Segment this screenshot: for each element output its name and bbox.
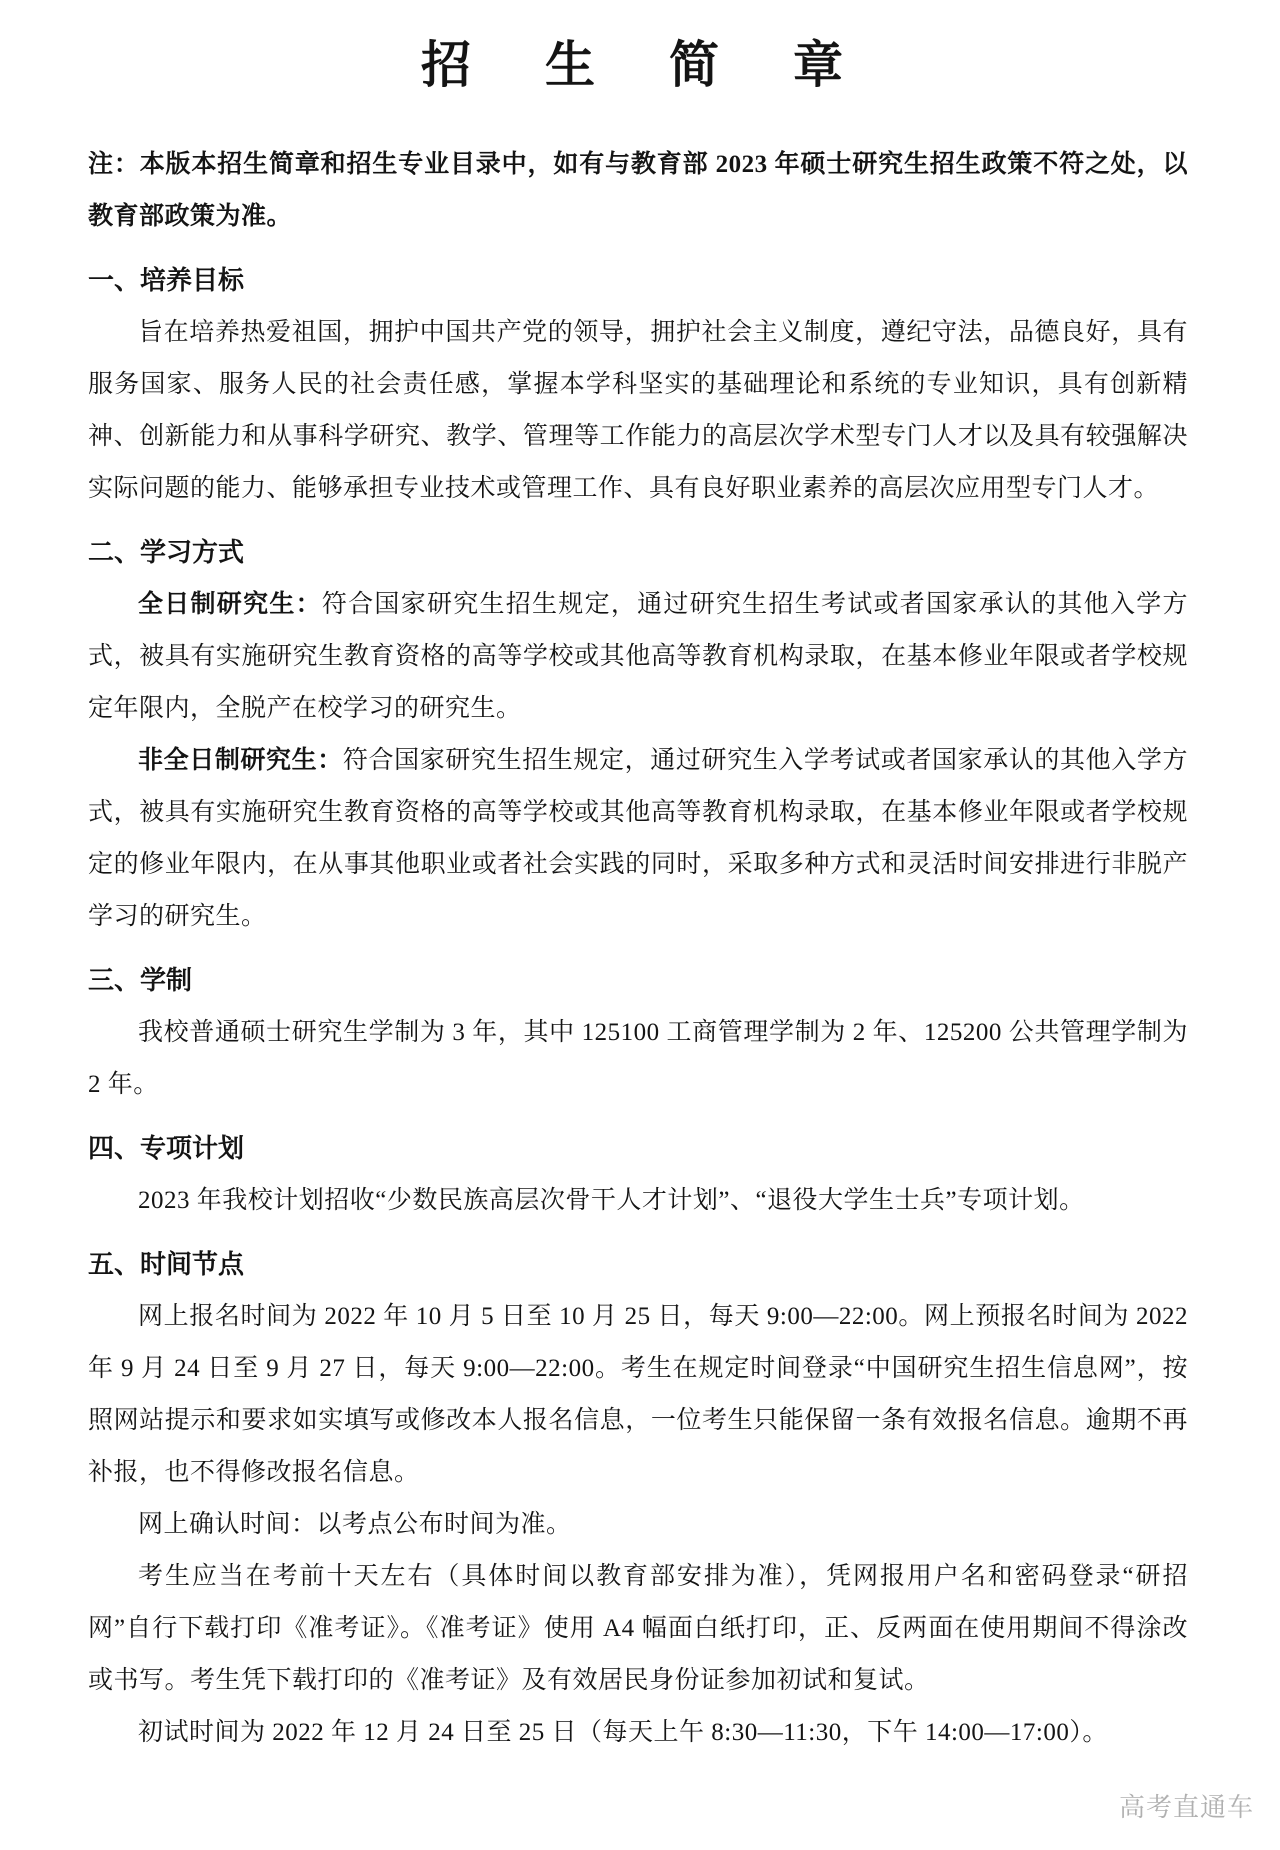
para-online-confirmation: 网上确认时间：以考点公布时间为准。 [88, 1499, 1188, 1551]
watermark: 高考直通车 [1119, 1787, 1254, 1824]
para-exam-time: 初试时间为 2022 年 12 月 24 日至 25 日（每天上午 8:30—1… [88, 1707, 1188, 1759]
para-online-registration: 网上报名时间为 2022 年 10 月 5 日至 10 月 25 日，每天 9:… [88, 1291, 1188, 1499]
heading-timeline: 五、时间节点 [88, 1239, 1188, 1291]
heading-study-mode: 二、学习方式 [88, 527, 1188, 579]
heading-program-length: 三、学制 [88, 955, 1188, 1007]
document-title: 招 生 简 章 [88, 29, 1188, 101]
para-program-length: 我校普通硕士研究生学制为 3 年，其中 125100 工商管理学制为 2 年、1… [88, 1007, 1188, 1111]
para-admission-ticket: 考生应当在考前十天左右（具体时间以教育部安排为准），凭网报用户名和密码登录“研招… [88, 1551, 1188, 1707]
parttime-text: 符合国家研究生招生规定，通过研究生入学考试或者国家承认的其他入学方式，被具有实施… [88, 747, 1188, 930]
para-fulltime-students: 全日制研究生：符合国家研究生招生规定，通过研究生招生考试或者国家承认的其他入学方… [88, 579, 1188, 735]
document-page: 招 生 简 章 注：本版本招生简章和招生专业目录中，如有与教育部 2023 年硕… [0, 0, 1280, 1759]
para-special-programs: 2023 年我校计划招收“少数民族高层次骨干人才计划”、“退役大学生士兵”专项计… [88, 1175, 1188, 1227]
fulltime-label: 全日制研究生： [138, 591, 322, 618]
note-paragraph: 注：本版本招生简章和招生专业目录中，如有与教育部 2023 年硕士研究生招生政策… [88, 139, 1188, 243]
heading-training-objectives: 一、培养目标 [88, 255, 1188, 307]
parttime-label: 非全日制研究生： [138, 747, 343, 774]
heading-special-programs: 四、专项计划 [88, 1123, 1188, 1175]
para-training-objectives: 旨在培养热爱祖国，拥护中国共产党的领导，拥护社会主义制度，遵纪守法，品德良好，具… [88, 307, 1188, 515]
para-parttime-students: 非全日制研究生：符合国家研究生招生规定，通过研究生入学考试或者国家承认的其他入学… [88, 735, 1188, 943]
